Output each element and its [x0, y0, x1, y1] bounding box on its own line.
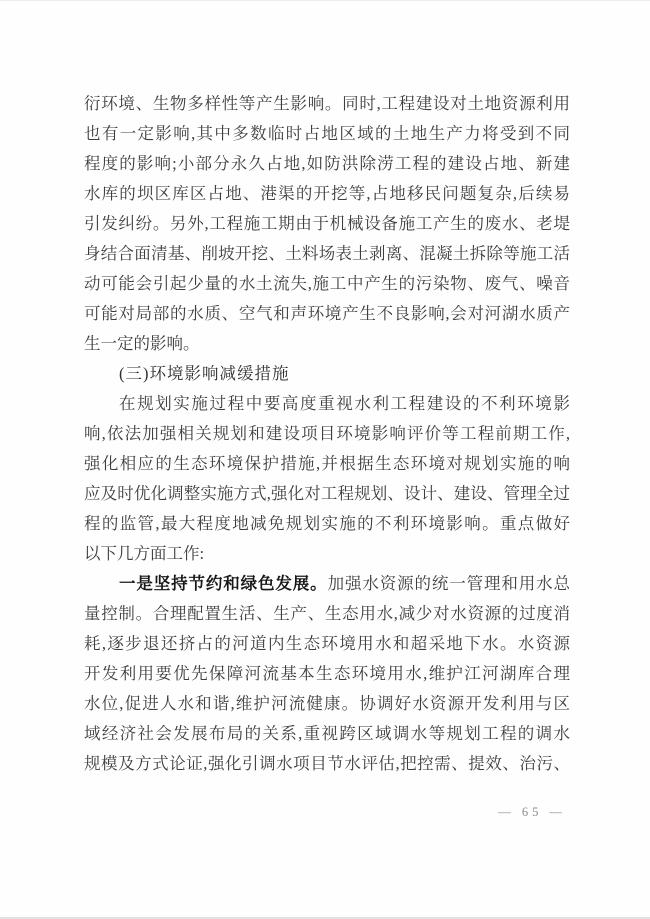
text-line: 耗,逐步退还挤占的河道内生态环境用水和超采地下水。水资源 [84, 629, 570, 659]
text-line: 水位,促进人水和谐,维护河流健康。协调好水资源开发利用与区 [84, 689, 570, 719]
text-line: 生一定的影响。 [84, 329, 570, 359]
text-line: 也有一定影响,其中多数临时占地区域的土地生产力将受到不同 [84, 119, 570, 149]
text-line: 强化相应的生态环境保护措施,并根据生态环境对规划实施的响 [84, 449, 570, 479]
text-line: 程度的影响;小部分永久占地,如防洪除涝工程的建设占地、新建 [84, 149, 570, 179]
text-line: 应及时优化调整实施方式,强化对工程规划、设计、建设、管理全过 [84, 479, 570, 509]
text-line: 可能对局部的水质、空气和声环境产生不良影响,会对河湖水质产 [84, 299, 570, 329]
text-line: 响,依法加强相关规划和建设项目环境影响评价等工程前期工作, [84, 419, 570, 449]
text-line: 一是坚持节约和绿色发展。加强水资源的统一管理和用水总 [84, 569, 570, 599]
document-page: 衍环境、生物多样性等产生影响。同时,工程建设对土地资源利用 也有一定影响,其中多… [0, 0, 650, 919]
measure-one-lead: 一是坚持节约和绿色发展。 [119, 574, 328, 593]
text-line: 身结合面清基、削坡开挖、土料场表土剥离、混凝土拆除等施工活 [84, 239, 570, 269]
text-line: 程的监管,最大程度地减免规划实施的不利环境影响。重点做好 [84, 509, 570, 539]
text-line-rest: 加强水资源的统一管理和用水总 [328, 574, 570, 593]
text-line: 开发利用要优先保障河流基本生态环境用水,维护江河湖库合理 [84, 659, 570, 689]
text-line: 域经济社会发展布局的关系,重视跨区域调水等规划工程的调水 [84, 719, 570, 749]
text-line: 在规划实施过程中要高度重视水利工程建设的不利环境影 [84, 389, 570, 419]
text-line: 衍环境、生物多样性等产生影响。同时,工程建设对土地资源利用 [84, 89, 570, 119]
text-line: 规模及方式论证,强化引调水项目节水评估,把控需、提效、治污、 [84, 749, 570, 779]
page-number: — 65 — [498, 805, 566, 820]
text-line: 量控制。合理配置生活、生产、生态用水,减少对水资源的过度消 [84, 599, 570, 629]
text-line: 水库的坝区库区占地、港渠的开挖等,占地移民问题复杂,后续易 [84, 179, 570, 209]
text-line: 动可能会引起少量的水土流失,施工中产生的污染物、废气、噪音 [84, 269, 570, 299]
section-heading: (三)环境影响减缓措施 [84, 359, 570, 389]
page-text-block: 衍环境、生物多样性等产生影响。同时,工程建设对土地资源利用 也有一定影响,其中多… [84, 89, 570, 779]
text-line: 引发纠纷。另外,工程施工期由于机械设备施工产生的废水、老堤 [84, 209, 570, 239]
text-line: 以下几方面工作: [84, 539, 570, 569]
